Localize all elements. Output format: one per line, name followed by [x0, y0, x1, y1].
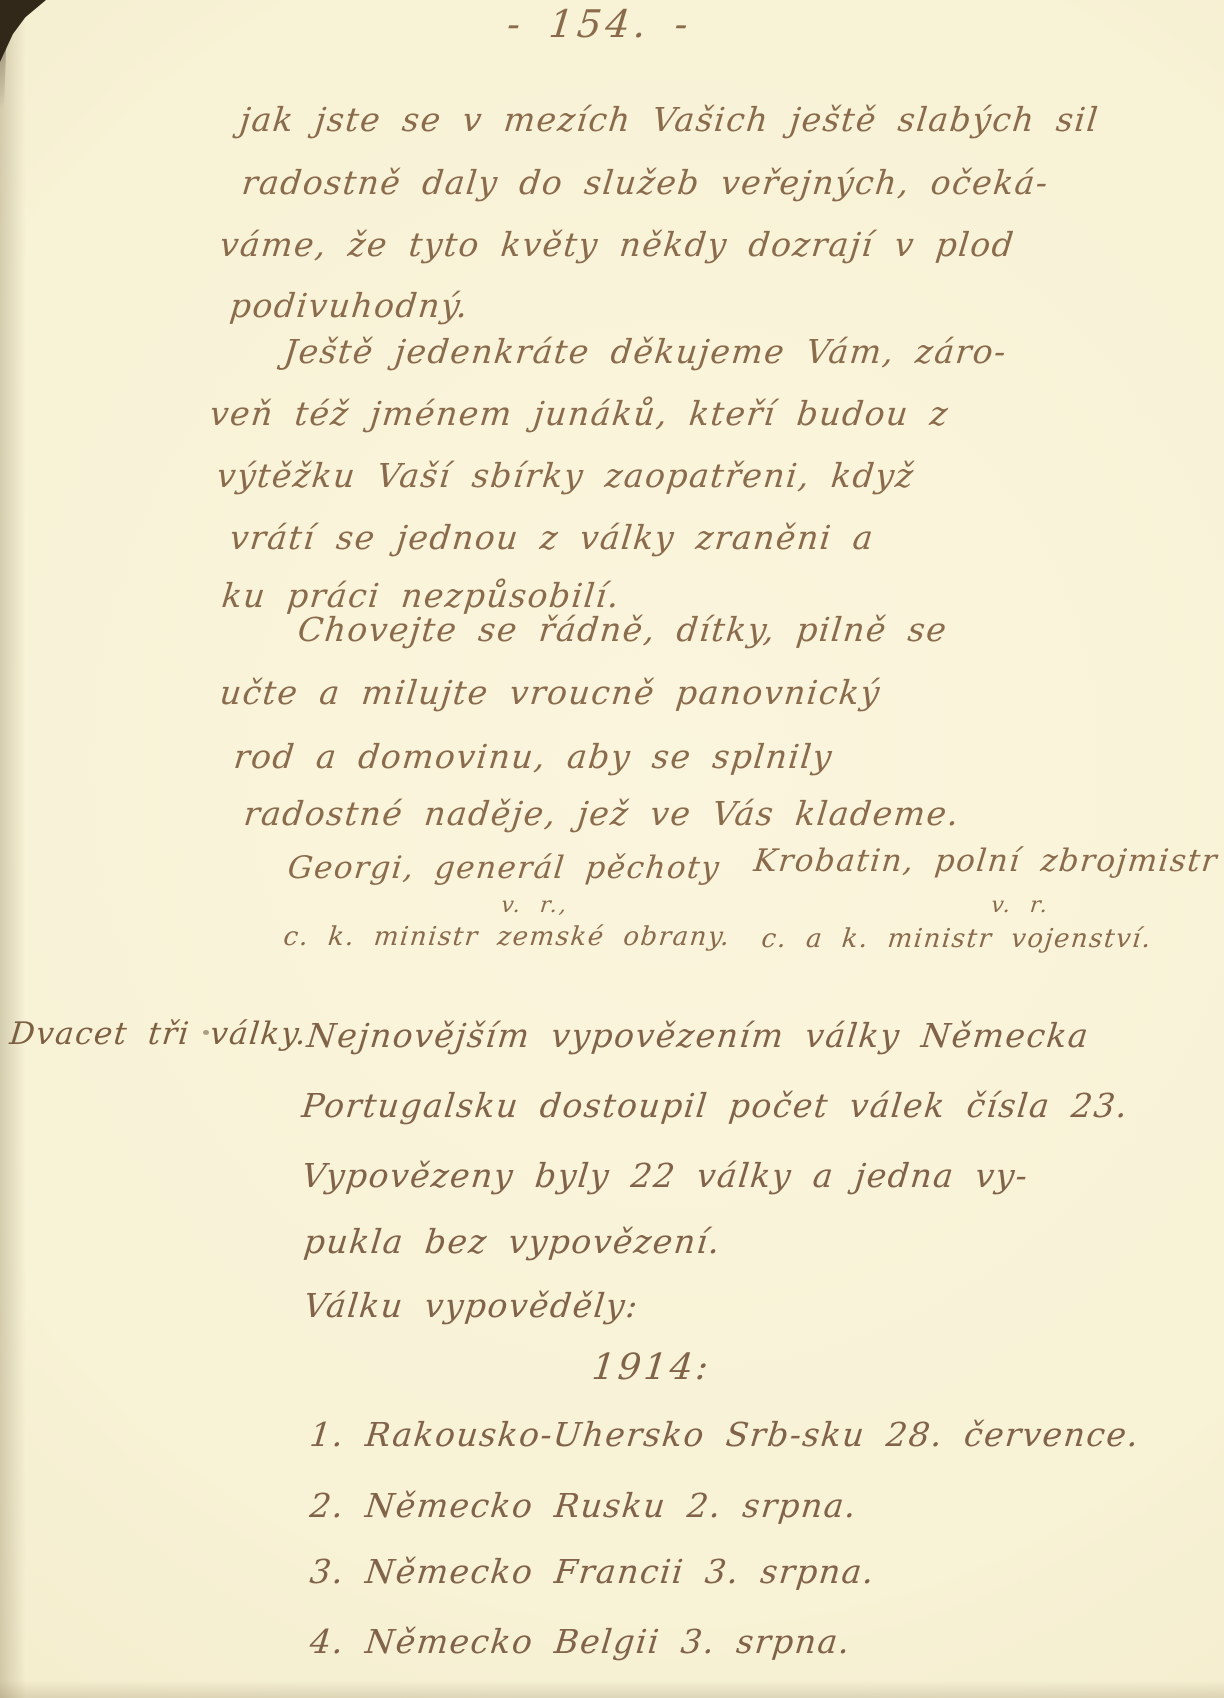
paragraph1-line: podivuhodný. [228, 286, 471, 325]
signature-right-title: c. a k. ministr vojenství. [760, 924, 1153, 954]
paragraph3-line: učte a milujte vroucně panovnický [218, 673, 883, 712]
paragraph3-line: radostné naděje, jež ve Vás klademe. [242, 794, 962, 833]
signature-right-vr: v. r. [990, 893, 1051, 918]
manuscript-page: - 154. - jak jste se v mezích Vašich ješ… [0, 0, 1224, 1698]
war-list-item: 4. Německo Belgii 3. srpna. [308, 1622, 853, 1661]
paragraph4-line: Nejnovějším vypovězením války Německa [305, 1016, 1091, 1055]
page-number: - 154. - [505, 2, 694, 46]
left-edge-shadow [0, 0, 26, 1698]
paragraph2-line: výtěžku Vaší sbírky zaopatřeni, když [215, 456, 917, 495]
signature-left-title: c. k. ministr zemské obrany. [282, 922, 732, 952]
paragraph2-line: Ještě jedenkráte děkujeme Vám, záro- [282, 332, 1009, 371]
margin-note: Dvacet tři války. [8, 1016, 309, 1052]
war-list-item: 3. Německo Francii 3. srpna. [308, 1552, 877, 1591]
paragraph1-line: jak jste se v mezích Vašich ještě slabýc… [238, 100, 1101, 139]
signature-left-name: Georgi, generál pěchoty [286, 850, 722, 886]
paragraph2-line: veň též jménem junáků, kteří budou z [208, 394, 951, 433]
paragraph2-line: vrátí se jednou z války zraněni a [228, 518, 876, 557]
paragraph3-line: Chovejte se řádně, dítky, pilně se [296, 610, 950, 649]
war-list-item: 2. Německo Rusku 2. srpna. [308, 1486, 859, 1525]
war-list-item: 1. Rakousko-Uhersko Srb-sku 28. července… [308, 1415, 1142, 1454]
paragraph4-line: Válku vypověděly: [302, 1286, 641, 1325]
paragraph1-line: váme, že tyto květy někdy dozrají v plod [218, 225, 1017, 264]
year-heading: 1914: [590, 1347, 713, 1388]
signature-right-name: Krobatin, polní zbrojmistr [752, 843, 1220, 879]
paragraph4-line: pukla bez vypovězení. [302, 1222, 723, 1261]
paragraph1-line: radostně daly do služeb veřejných, očeká… [240, 163, 1051, 202]
paragraph3-line: rod a domovinu, aby se splnily [232, 737, 835, 776]
paragraph4-line: Portugalsku dostoupil počet válek čísla … [300, 1086, 1131, 1125]
signature-left-vr: v. r., [500, 893, 570, 918]
bottom-edge-shadow [0, 1680, 1224, 1698]
paragraph4-line: Vypovězeny byly 22 války a jedna vy- [300, 1156, 1031, 1195]
